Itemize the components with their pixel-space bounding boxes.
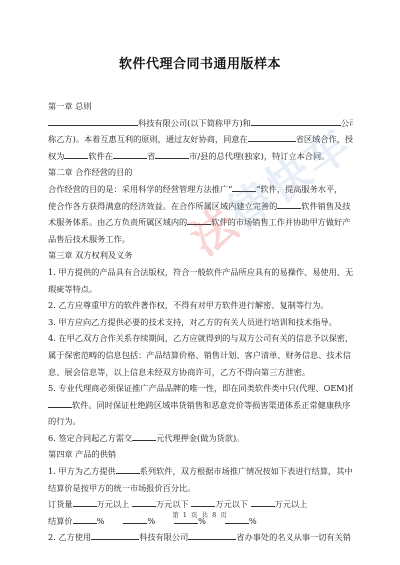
line-text: 6. 签定合同起乙方需交 (48, 433, 132, 443)
line-text: 软件。同时保证杜绝跨区域串货销售和恶意竞价等损害渠道体系正常健康秩序 (72, 400, 350, 410)
fill-in-blank (277, 199, 301, 209)
fill-in-blank (48, 398, 72, 408)
line-text: 瑕疵等特点。 (48, 284, 97, 294)
fill-in-blank (64, 149, 88, 159)
line-text: 万元以上 (97, 499, 132, 509)
line-text: 使合作各方获得满意的经济效益。在合作所属区域内建立完善的 (48, 201, 277, 211)
line-text: 软件在 (88, 151, 113, 161)
document-line: 5. 专业代理商必须保证推广产品品牌的唯一性，即在同类软件类中只(代理、OEM)… (48, 380, 353, 397)
document-line: 称乙方)。本着互惠互利的原则，通过友好协商，同意在省区域合作，授 (48, 131, 353, 148)
line-text: 软件的市场销售工作并协助甲方做好产 (211, 217, 350, 227)
line-text: 第一章 总则 (48, 101, 92, 111)
line-text: 权为 (48, 151, 64, 161)
line-text: 软件销售及技 (301, 201, 350, 211)
fill-in-blank (116, 464, 140, 474)
line-text: 第四章 产品的供销 (48, 449, 116, 459)
line-text: 科技有限公司 (139, 532, 188, 542)
fill-in-blank (188, 530, 236, 540)
document-line: 权为软件在省市/县的总代理(独家)，特订立本合同。 (48, 148, 353, 165)
fill-in-blank (251, 116, 341, 126)
fill-in-blank (191, 497, 215, 507)
line-text: 合作经营的目的是：采用科学的经营管理方法推广“ (48, 184, 232, 194)
line-text: 术服务体系。由乙方负责所属区域内的 (48, 217, 187, 227)
document-line: 科技有限公司(以下简称甲方)和公司(以下简 (48, 115, 353, 132)
document-line: 3. 甲方应向乙方提供必要的技术支持，对乙方的有关人员进行培训和技术指导。 (48, 314, 353, 331)
line-text: 4. 在甲乙双方合作关系存续期间，乙方应就得到的与双方公司有关的信息予以保密， (48, 333, 353, 343)
line-text: 市/县的总代理(独家)，特订立本合同。 (189, 151, 329, 161)
line-text: 5. 专业代理商必须保证推广产品品牌的唯一性，即在同类软件类中只(代理、OEM)… (48, 383, 353, 393)
line-text: 结算价是按甲方的统一市场报价百分比。 (48, 483, 195, 493)
document-line: 1. 甲方提供的产品具有合法版权，符合一般软件产品所应具有的易操作、易使用、无 (48, 264, 353, 281)
line-text: 3. 甲方应向乙方提供必要的技术支持，对乙方的有关人员进行培训和技术指导。 (48, 317, 337, 327)
fill-in-blank (187, 215, 211, 225)
document-line: 第四章 产品的供销 (48, 446, 353, 463)
document-line: 1. 甲方为乙方提供系列软件，双方根据市场推广情况按如下表进行结算，其中 (48, 463, 353, 480)
line-text: 第三章 双方权利及义务 (48, 250, 132, 260)
document-line: 术服务体系。由乙方负责所属区域内的软件的市场销售工作并协助甲方做好产 (48, 214, 353, 231)
document-line: 合作经营的目的是：采用科学的经营管理方法推广“”软件，提高服务水平， (48, 181, 353, 198)
fill-in-blank (248, 132, 296, 142)
document-line: 品售后技术服务工作。 (48, 231, 353, 248)
fill-in-blank (132, 497, 156, 507)
line-text: 万元以下 (156, 499, 191, 509)
document-line: 第二章 合作经营的目的 (48, 164, 353, 181)
document-body: 第一章 总则科技有限公司(以下简称甲方)和公司(以下简称乙方)。本着互惠互利的原… (48, 98, 353, 546)
fill-in-blank (113, 149, 147, 159)
line-text: 2. 乙方应尊重甲方的软件著作权，不得有对甲方软件进行解密、复制等行为。 (48, 300, 329, 310)
line-text: 万元以下 (215, 499, 250, 509)
fill-in-blank (73, 497, 97, 507)
line-text: 万元以上 (275, 499, 308, 509)
line-text: 息、展会信息等，以上信息未经双方协商许可，乙方不得向第三方泄密。 (48, 367, 310, 377)
line-text: 1. 甲方为乙方提供 (48, 466, 116, 476)
document-line: 息、展会信息等，以上信息未经双方协商许可，乙方不得向第三方泄密。 (48, 364, 353, 381)
document-line: 2. 乙方应尊重甲方的软件著作权，不得有对甲方软件进行解密、复制等行为。 (48, 297, 353, 314)
document-line: 4. 在甲乙双方合作关系存续期间，乙方应就得到的与双方公司有关的信息予以保密， (48, 330, 353, 347)
line-text: 的行为。 (48, 416, 81, 426)
document-line: 第一章 总则 (48, 98, 353, 115)
fill-in-blank (48, 116, 138, 126)
page-number-footer: 第 1 页 共 8 页 (0, 510, 400, 519)
line-text: 属于保密范畴的信息包括：产品结算价格、销售计划、客户清单、财务信息、技术信 (48, 350, 351, 360)
document-page: 软件代理合同书通用版样本 第一章 总则科技有限公司(以下简称甲方)和公司(以下简… (0, 0, 400, 565)
fill-in-blank (91, 530, 139, 540)
line-text: 称乙方)。本着互惠互利的原则，通过友好协商，同意在 (48, 134, 248, 144)
document-title: 软件代理合同书通用版样本 (0, 53, 400, 72)
fill-in-blank (155, 149, 189, 159)
line-text: 第二章 合作经营的目的 (48, 167, 132, 177)
document-line: 瑕疵等特点。 (48, 281, 353, 298)
line-text: 订货量 (48, 499, 73, 509)
document-line: 结算价是按甲方的统一市场报价百分比。 (48, 480, 353, 497)
document-line: 软件。同时保证杜绝跨区域串货销售和恶意竞价等损害渠道体系正常健康秩序 (48, 397, 353, 414)
line-text: 元代理押金(做为货款)。 (156, 433, 244, 443)
document-line: 6. 签定合同起乙方需交元代理押金(做为货款)。 (48, 430, 353, 447)
line-text: 系列软件，双方根据市场推广情况按如下表进行结算，其中 (140, 466, 353, 476)
line-text: 1. 甲方提供的产品具有合法版权，符合一般软件产品所应具有的易操作、易使用、无 (48, 267, 353, 277)
line-text: 品售后技术服务工作。 (48, 234, 130, 244)
fill-in-blank (132, 431, 156, 441)
line-text: 公司(以下简 (341, 118, 353, 128)
document-line: 2. 乙方使用科技有限公司省办事处的名义从事一切有关销 (48, 529, 353, 546)
document-line: 属于保密范畴的信息包括：产品结算价格、销售计划、客户清单、财务信息、技术信 (48, 347, 353, 364)
line-text: 省区域合作，授 (296, 134, 353, 144)
line-text: ”软件，提高服务水平， (256, 184, 342, 194)
document-line: 的行为。 (48, 413, 353, 430)
fill-in-blank (251, 497, 275, 507)
line-text: 省 (147, 151, 155, 161)
line-text: 2. 乙方使用 (48, 532, 91, 542)
document-line: 第三章 双方权利及义务 (48, 247, 353, 264)
fill-in-blank (232, 182, 256, 192)
line-text: 科技有限公司(以下简称甲方)和 (138, 118, 251, 128)
document-line: 使合作各方获得满意的经济效益。在合作所属区域内建立完善的软件销售及技 (48, 198, 353, 215)
line-text: 省办事处的名义从事一切有关销 (236, 532, 351, 542)
